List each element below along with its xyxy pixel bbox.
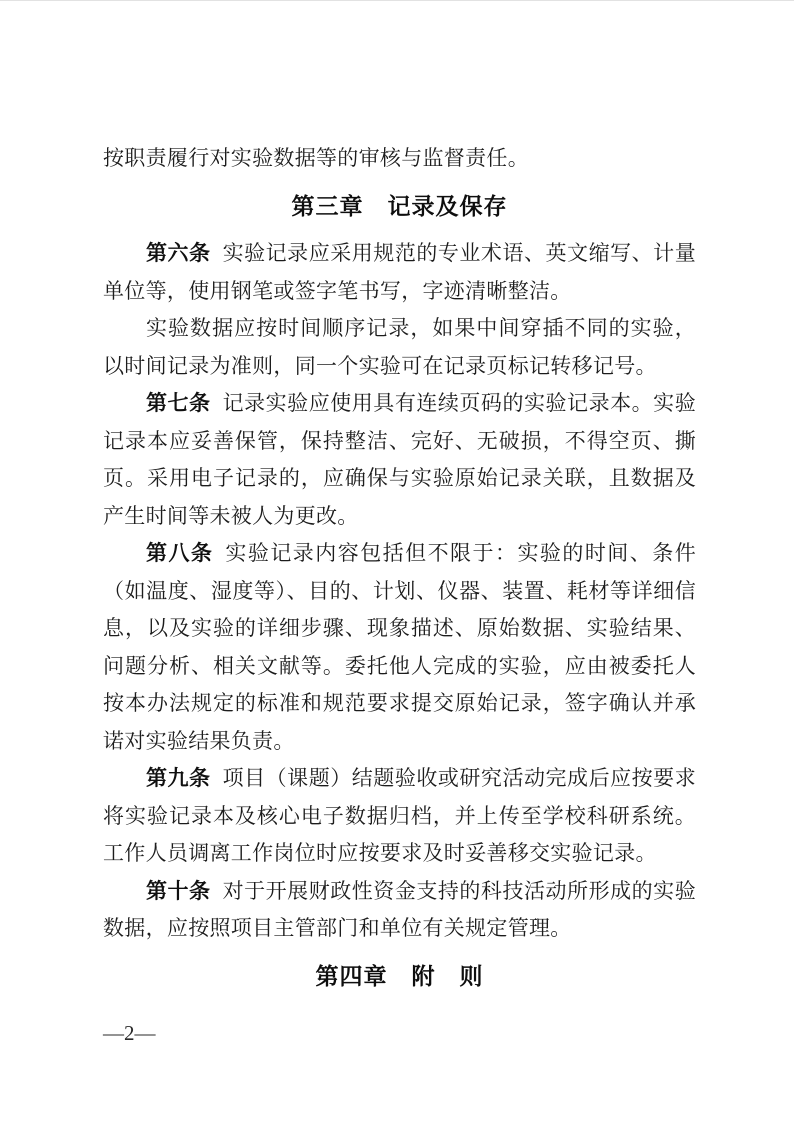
article-number: 第八条 xyxy=(146,541,213,565)
article-number: 第七条 xyxy=(146,391,211,415)
paragraph: 按职责履行对实验数据等的审核与监督责任。 xyxy=(103,140,696,178)
document-page: 按职责履行对实验数据等的审核与监督责任。第三章 记录及保存第六条实验记录应采用规… xyxy=(0,0,794,1123)
paragraph: 实验数据应按时间顺序记录，如果中间穿插不同的实验，以时间记录为准则，同一个实验可… xyxy=(103,310,696,385)
paragraph: 第十条对于开展财政性资金支持的科技活动所形成的实验数据，应按照项目主管部门和单位… xyxy=(103,873,696,948)
chapter-heading: 第三章 记录及保存 xyxy=(103,188,696,226)
document-body: 按职责履行对实验数据等的审核与监督责任。第三章 记录及保存第六条实验记录应采用规… xyxy=(103,140,696,1005)
page-number: —2— xyxy=(103,1019,156,1047)
article-number: 第九条 xyxy=(146,766,211,790)
paragraph: 第七条记录实验应使用具有连续页码的实验记录本。实验记录本应妥善保管，保持整洁、完… xyxy=(103,385,696,535)
paragraph: 第六条实验记录应采用规范的专业术语、英文缩写、计量单位等，使用钢笔或签字笔书写，… xyxy=(103,235,696,310)
paragraph-text: 实验记录内容包括但不限于：实验的时间、条件（如温度、湿度等）、目的、计划、仪器、… xyxy=(103,541,696,753)
chapter-heading: 第四章 附 则 xyxy=(103,958,696,996)
article-number: 第六条 xyxy=(146,241,211,265)
paragraph: 第八条实验记录内容包括但不限于：实验的时间、条件（如温度、湿度等）、目的、计划、… xyxy=(103,535,696,760)
paragraph: 第九条项目（课题）结题验收或研究活动完成后应按要求将实验记录本及核心电子数据归档… xyxy=(103,760,696,873)
article-number: 第十条 xyxy=(146,879,211,903)
